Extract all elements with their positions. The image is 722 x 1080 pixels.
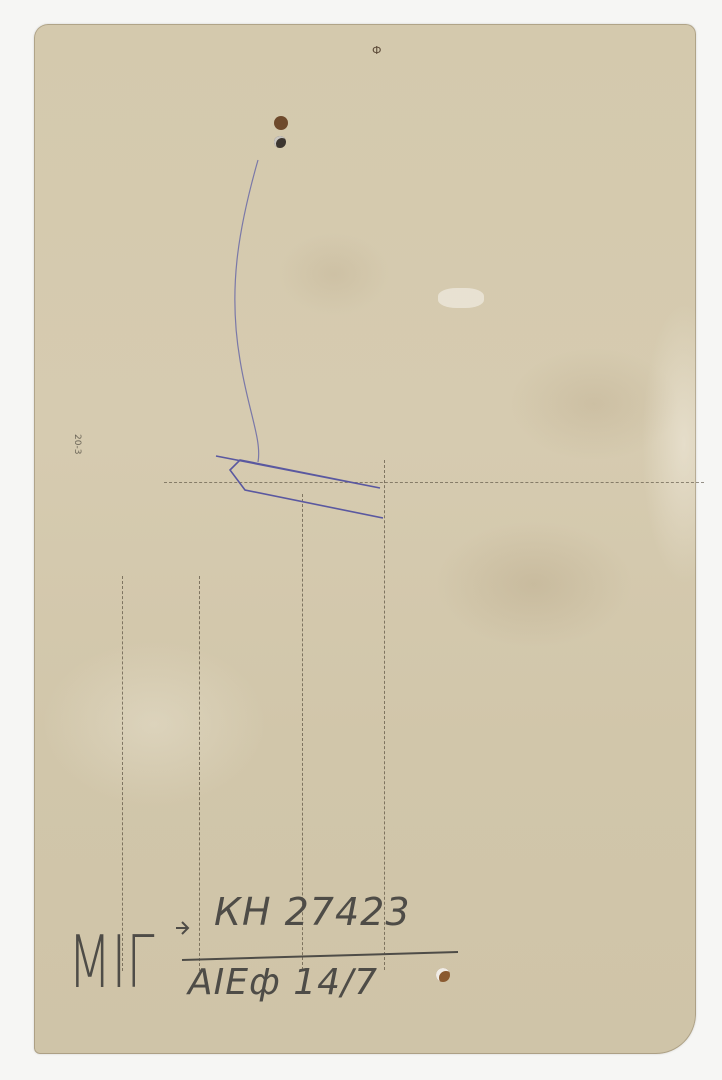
arrow-icon [176, 922, 188, 934]
fraction-line [182, 952, 458, 960]
pen-stroke [235, 160, 259, 462]
archive-prefix: МІГ [68, 920, 154, 1004]
inventory-number: КН 27423 [214, 890, 411, 934]
fund-code: АІЕф 14/7 [188, 962, 378, 1003]
pen-scribble [216, 456, 383, 518]
